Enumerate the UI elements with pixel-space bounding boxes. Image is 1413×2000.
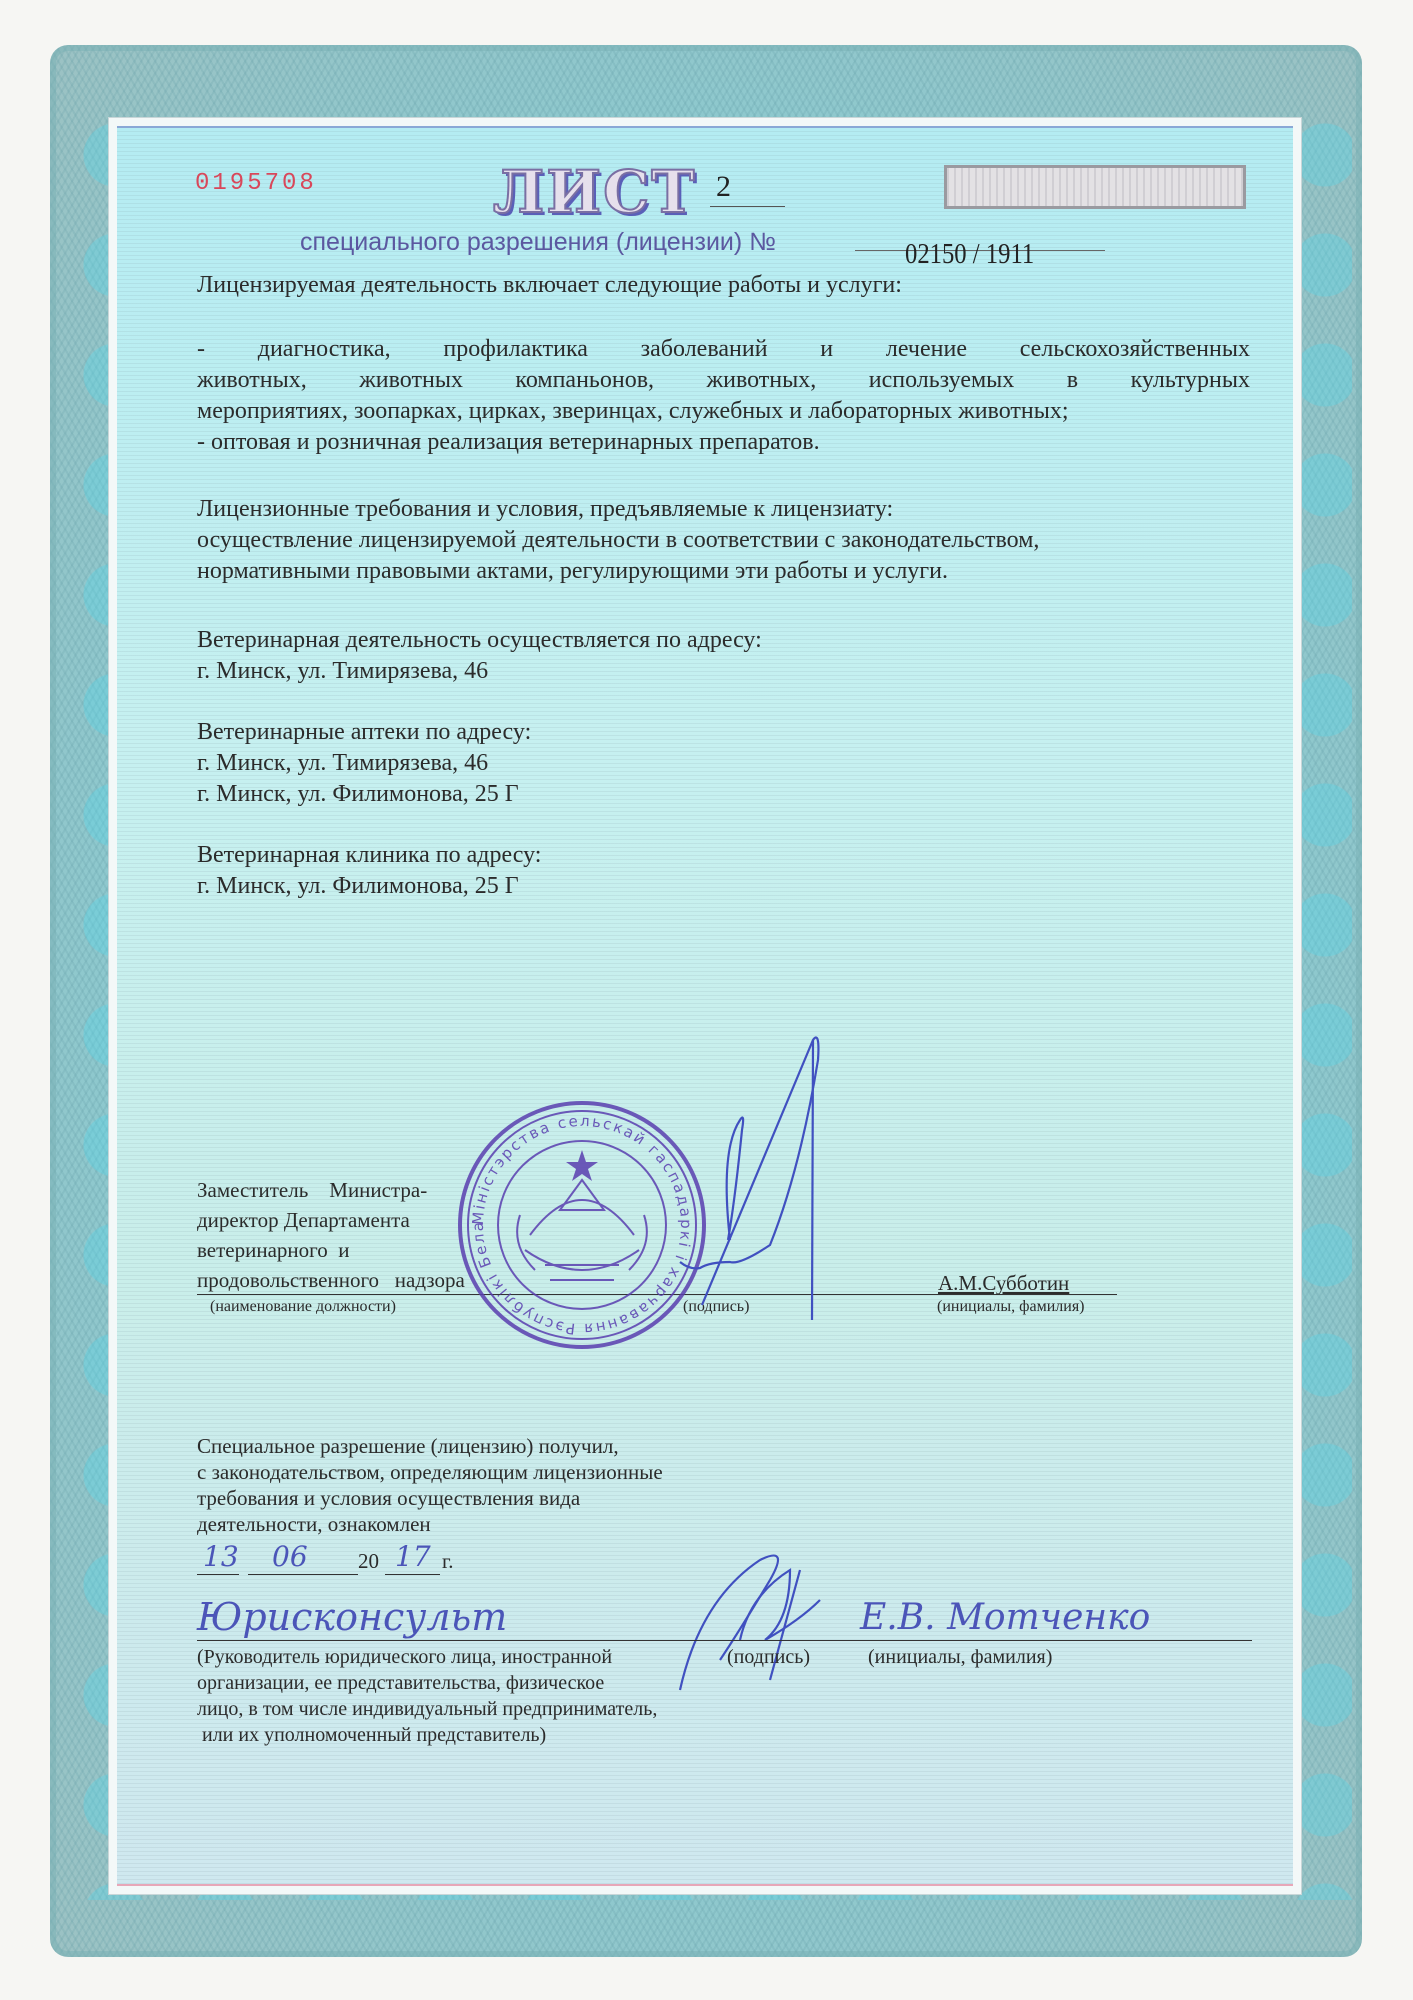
caption-line: (Руководитель юридического лица, иностра… — [197, 1644, 657, 1670]
caption-line: лицо, в том числе индивидуальный предпри… — [197, 1696, 657, 1722]
recipient-signature-line — [197, 1640, 1252, 1641]
recipient-role-caption: (Руководитель юридического лица, иностра… — [197, 1644, 657, 1748]
recipient-name-handwritten: Е.В. Мотченко — [860, 1597, 1150, 1638]
caption-line: организации, ее представительства, физич… — [197, 1670, 657, 1696]
recipient-name-caption: (инициалы, фамилия) — [868, 1644, 1052, 1670]
recipient-signature-caption: (подпись) — [727, 1644, 810, 1670]
caption-line: или их уполномоченный представитель) — [197, 1722, 657, 1748]
